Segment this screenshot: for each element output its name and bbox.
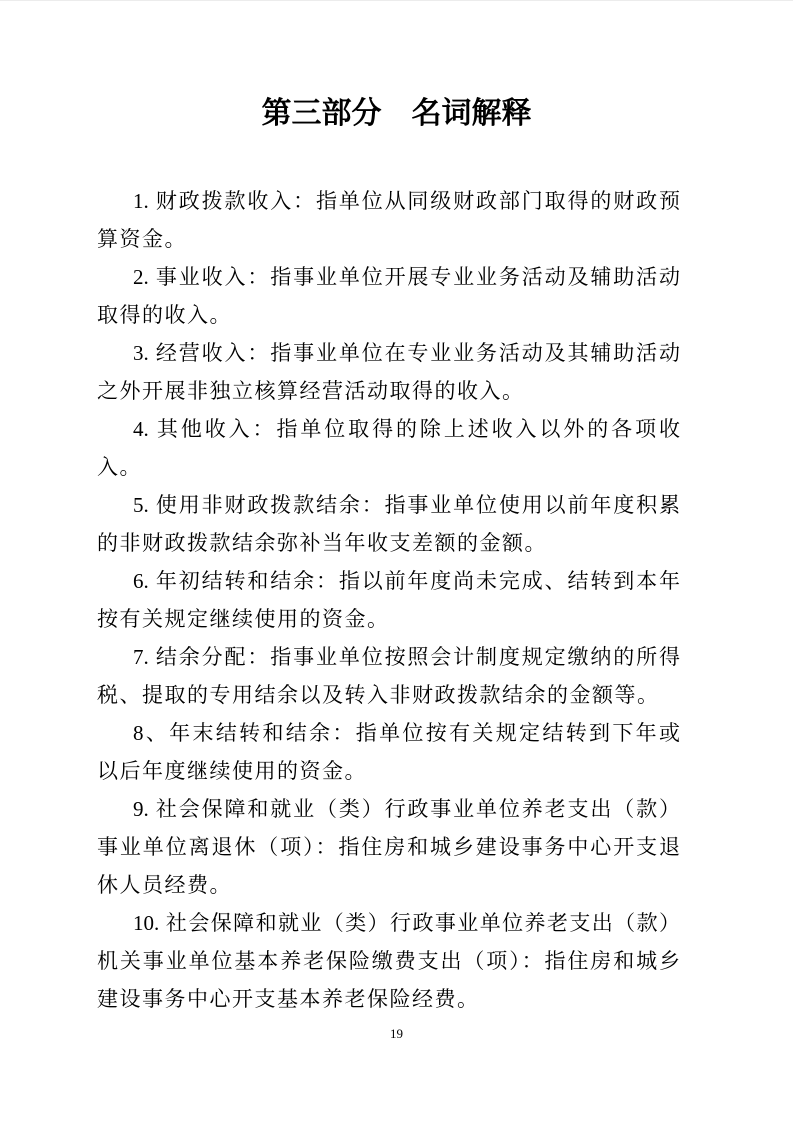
paragraph-line: 机关事业单位基本养老保险缴费支出（项）：指住房和城乡 [97,942,680,980]
paragraph-3: 3. 经营收入：指事业单位在专业业务活动及其辅助活动 之外开展非独立核算经营活动… [97,334,680,410]
paragraph-line: 10. 社会保障和就业（类）行政事业单位养老支出（款） [97,904,680,942]
paragraph-6: 6. 年初结转和结余：指以前年度尚未完成、结转到本年 按有关规定继续使用的资金。 [97,562,680,638]
page-number: 19 [0,1025,793,1043]
paragraph-7: 7. 结余分配：指事业单位按照会计制度规定缴纳的所得 税、提取的专用结余以及转入… [97,638,680,714]
paragraph-5: 5. 使用非财政拨款结余：指事业单位使用以前年度积累 的非财政拨款结余弥补当年收… [97,486,680,562]
paragraph-line: 2. 事业收入：指事业单位开展专业业务活动及辅助活动 [97,258,680,296]
paragraph-2: 2. 事业收入：指事业单位开展专业业务活动及辅助活动 取得的收入。 [97,258,680,334]
paragraph-line: 8、年末结转和结余：指单位按有关规定结转到下年或 [97,714,680,752]
paragraph-line: 取得的收入。 [97,296,680,334]
document-body: 1. 财政拨款收入：指单位从同级财政部门取得的财政预 算资金。 2. 事业收入：… [97,182,680,1018]
paragraph-line: 入。 [97,448,680,486]
paragraph-line: 3. 经营收入：指事业单位在专业业务活动及其辅助活动 [97,334,680,372]
paragraph-line: 之外开展非独立核算经营活动取得的收入。 [97,372,680,410]
paragraph-line: 7. 结余分配：指事业单位按照会计制度规定缴纳的所得 [97,638,680,676]
paragraph-line: 算资金。 [97,220,680,258]
document-page: 第三部分 名词解释 1. 财政拨款收入：指单位从同级财政部门取得的财政预 算资金… [0,0,793,1122]
section-title: 第三部分 名词解释 [0,92,793,136]
paragraph-line: 4. 其他收入：指单位取得的除上述收入以外的各项收 [97,410,680,448]
paragraph-line: 按有关规定继续使用的资金。 [97,600,680,638]
paragraph-line: 事业单位离退休（项）：指住房和城乡建设事务中心开支退 [97,828,680,866]
paragraph-1: 1. 财政拨款收入：指单位从同级财政部门取得的财政预 算资金。 [97,182,680,258]
paragraph-line: 以后年度继续使用的资金。 [97,752,680,790]
paragraph-line: 9. 社会保障和就业（类）行政事业单位养老支出（款） [97,790,680,828]
paragraph-4: 4. 其他收入：指单位取得的除上述收入以外的各项收 入。 [97,410,680,486]
paragraph-8: 8、年末结转和结余：指单位按有关规定结转到下年或 以后年度继续使用的资金。 [97,714,680,790]
paragraph-line: 休人员经费。 [97,866,680,904]
paragraph-9: 9. 社会保障和就业（类）行政事业单位养老支出（款） 事业单位离退休（项）：指住… [97,790,680,904]
paragraph-line: 6. 年初结转和结余：指以前年度尚未完成、结转到本年 [97,562,680,600]
paragraph-line: 税、提取的专用结余以及转入非财政拨款结余的金额等。 [97,676,680,714]
paragraph-line: 的非财政拨款结余弥补当年收支差额的金额。 [97,524,680,562]
paragraph-line: 1. 财政拨款收入：指单位从同级财政部门取得的财政预 [97,182,680,220]
paragraph-10: 10. 社会保障和就业（类）行政事业单位养老支出（款） 机关事业单位基本养老保险… [97,904,680,1018]
paragraph-line: 5. 使用非财政拨款结余：指事业单位使用以前年度积累 [97,486,680,524]
paragraph-line: 建设事务中心开支基本养老保险经费。 [97,980,680,1018]
